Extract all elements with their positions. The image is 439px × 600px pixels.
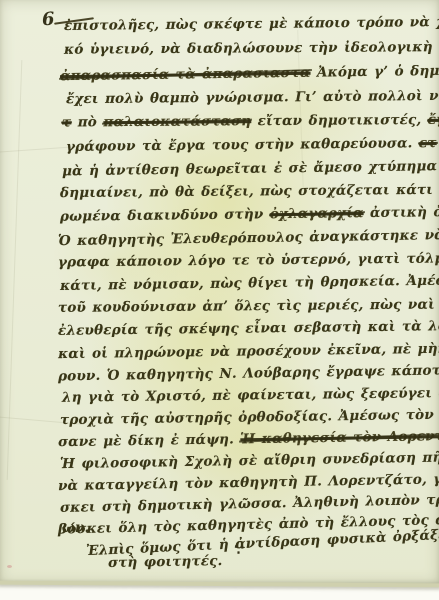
text-run: κάτι, πὲ νόμισαν, πὼς θίγει τὴ θρησκεία.… <box>60 272 439 294</box>
manuscript-page: 6 ἐπιστολῆες, πὼς σκέφτε μὲ κάποιο τρόπο… <box>0 0 439 584</box>
text-run: καὶ οἱ πληρώνομε νὰ προσέχουν ἐκεῖνα, πὲ… <box>58 340 439 362</box>
handwritten-line: τοῦ κουδούνισαν ἀπ’ ὅλες τὶς μεριές, πὼς… <box>58 297 439 316</box>
text-run: Ἡ φιλοσοφικὴ Σχολὴ σὲ αἴθριη συνεδρίαση … <box>60 448 439 472</box>
handwritten-line: στὴ φοιτητές. <box>108 554 223 571</box>
handwritten-line: νὰ καταγγείλη τὸν καθηγητὴ Π. Λορεντζάτο… <box>58 471 439 494</box>
handwritten-line: ρωμένα διακινδύνο στὴν ὀχλαγαρχία ἀστικὴ… <box>60 204 439 225</box>
handwritten-line: ων. <box>62 521 90 536</box>
struck-text: ἀπαρασπασία τὰ ἀπαρασιαστα <box>60 65 311 84</box>
struck-text: ὀχλαγαρχία <box>270 205 364 222</box>
text-run: σανε μὲ δίκη ἐ πάψη. <box>58 431 241 450</box>
handwritten-line: σκει στὴ δημοτικὴ γλῶσσα. Ἀληθινὴ λοιπὸν… <box>60 491 439 516</box>
handwritten-line: Ἡ φιλοσοφικὴ Σχολὴ σὲ αἴθριη συνεδρίαση … <box>60 449 439 472</box>
struck-text: παλαιοκατάσταση <box>103 113 251 130</box>
text-run: τοῦ κουδούνισαν ἀπ’ ὅλες τὶς μεριές, πὼς… <box>58 296 439 316</box>
text-run: ρουν. Ὁ καθηγητὴς Ν. Λούβαρης ἔγραψε κάπ… <box>58 362 439 385</box>
handwritten-line: λη γιὰ τὸ Χριστό, πὲ φαίνεται, πὼς ξεφεύ… <box>62 385 439 405</box>
text-run: μὰ ἡ ἀντίθεση θεωρεῖται ἐ σὲ ἄμεσο χτύπη… <box>62 157 439 180</box>
text-run: δημιαίνει, πὸ θὰ δείξει, πὼς στοχάζεται … <box>60 181 439 201</box>
text-run: ἀστικὴ ὀλιγαρχία. <box>364 203 439 221</box>
handwritten-line: κό ὑγιεινό, νὰ διαδηλώσουνε τὴν ἰδεολογι… <box>64 39 439 57</box>
handwritten-line: ἐπιστολῆες, πὼς σκέφτε μὲ κάποιο τρόπο ν… <box>64 13 439 34</box>
handwritten-line: τ πὸ παλαιοκατάσταση εἴταν δημοτικιστές,… <box>62 113 439 131</box>
text-run: ἔχει πολὺ θαμπὸ γνώρισμα. Γι’ αὐτὸ πολλο… <box>66 87 439 107</box>
text-run: κό ὑγιεινό, νὰ διαδηλώσουνε τὴν ἰδεολογι… <box>64 38 439 57</box>
handwritten-line: ἀπαρασπασία τὰ ἀπαρασιαστα Ἀκόμα γ’ ὁ δη… <box>60 63 439 84</box>
text-run: νὰ καταγγείλη τὸν καθηγητὴ Π. Λορεντζάτο… <box>58 470 439 494</box>
text-run: σκει στὴ δημοτικὴ γλῶσσα. Ἀληθινὴ λοιπὸν… <box>60 490 439 516</box>
text-run: γραφα κάποιον λόγο τε τὸ ὑστερνό, γιατὶ … <box>58 250 439 271</box>
handwritten-line: ἔχει πολὺ θαμπὸ γνώρισμα. Γι’ αὐτὸ πολλο… <box>66 88 439 107</box>
text-run: Ὁ καθηγητὴς Ἐλευθερόπουλος ἀναγκάστηκε ν… <box>58 225 439 249</box>
text-run: ἐλευθερία τῆς σκέψης εἶναι σεβαστὴ καὶ τ… <box>58 317 439 339</box>
handwritten-text-block: ἐπιστολῆες, πὼς σκέφτε μὲ κάποιο τρόπο ν… <box>0 0 439 584</box>
text-run: τροχιὰ τῆς αὐστηρῆς ὀρθοδοξίας. Ἀμέσως τ… <box>60 406 439 428</box>
text-run: Ἀκόμα γ’ ὁ δημοτικισμὸς <box>310 62 439 81</box>
handwritten-line: μὰ ἡ ἀντίθεση θεωρεῖται ἐ σὲ ἄμεσο χτύπη… <box>62 158 439 180</box>
handwritten-line: ἐλευθερία τῆς σκέψης εἶναι σεβαστὴ καὶ τ… <box>58 318 439 339</box>
handwritten-line: σανε μὲ δίκη ἐ πάψη. Ἡ καθηγεσία τὸν Λορ… <box>58 429 439 450</box>
handwritten-line: δημιαίνει, πὸ θὰ δείξει, πὼς στοχάζεται … <box>60 182 439 201</box>
struck-text: Ἡ καθηγεσία τὸν Λορεντζά <box>240 428 439 447</box>
handwritten-line: ρουν. Ὁ καθηγητὴς Ν. Λούβαρης ἔγραψε κάπ… <box>58 363 439 385</box>
handwritten-line: γράφουν τὰ ἔργα τους στὴν καθαρεύουσα. ε… <box>66 136 437 155</box>
text-run: λη γιὰ τὸ Χριστό, πὲ φαίνεται, πὼς ξεφεύ… <box>62 384 439 405</box>
handwritten-line: κάτι, πὲ νόμισαν, πὼς θίγει τὴ θρησκεία.… <box>60 273 439 294</box>
text-run: εἴταν δημοτικιστές, <box>251 112 428 129</box>
handwritten-line: καὶ οἱ πληρώνομε νὰ προσέχουν ἐκεῖνα, πὲ… <box>58 341 439 362</box>
text-run: ἐπιστολῆες, πὼς σκέφτε μὲ κάποιο τρόπο ν… <box>64 12 439 34</box>
end-dots-mark: ∵ <box>233 541 244 560</box>
text-run: γράφουν τὰ ἔργα τους στὴν καθαρεύουσα. <box>66 135 419 155</box>
text-run: ρωμένα διακινδύνο στὴν <box>60 206 270 225</box>
text-run: στὴ φοιτητές. <box>108 553 223 571</box>
handwritten-line: τροχιὰ τῆς αὐστηρῆς ὀρθοδοξίας. Ἀμέσως τ… <box>60 407 439 428</box>
scanned-manuscript: 6 ἐπιστολῆες, πὼς σκέφτε μὲ κάποιο τρόπο… <box>0 0 439 600</box>
struck-text: ετ <box>419 135 437 151</box>
handwritten-line: Ὁ καθηγητὴς Ἐλευθερόπουλος ἀναγκάστηκε ν… <box>58 226 439 249</box>
text-run: πὸ <box>71 114 103 130</box>
struck-text: τ <box>62 114 71 130</box>
handwritten-line: γραφα κάποιον λόγο τε τὸ ὑστερνό, γιατὶ … <box>58 251 439 271</box>
struck-text: ἔγραψα <box>428 112 439 128</box>
text-run: ων. <box>62 520 90 536</box>
